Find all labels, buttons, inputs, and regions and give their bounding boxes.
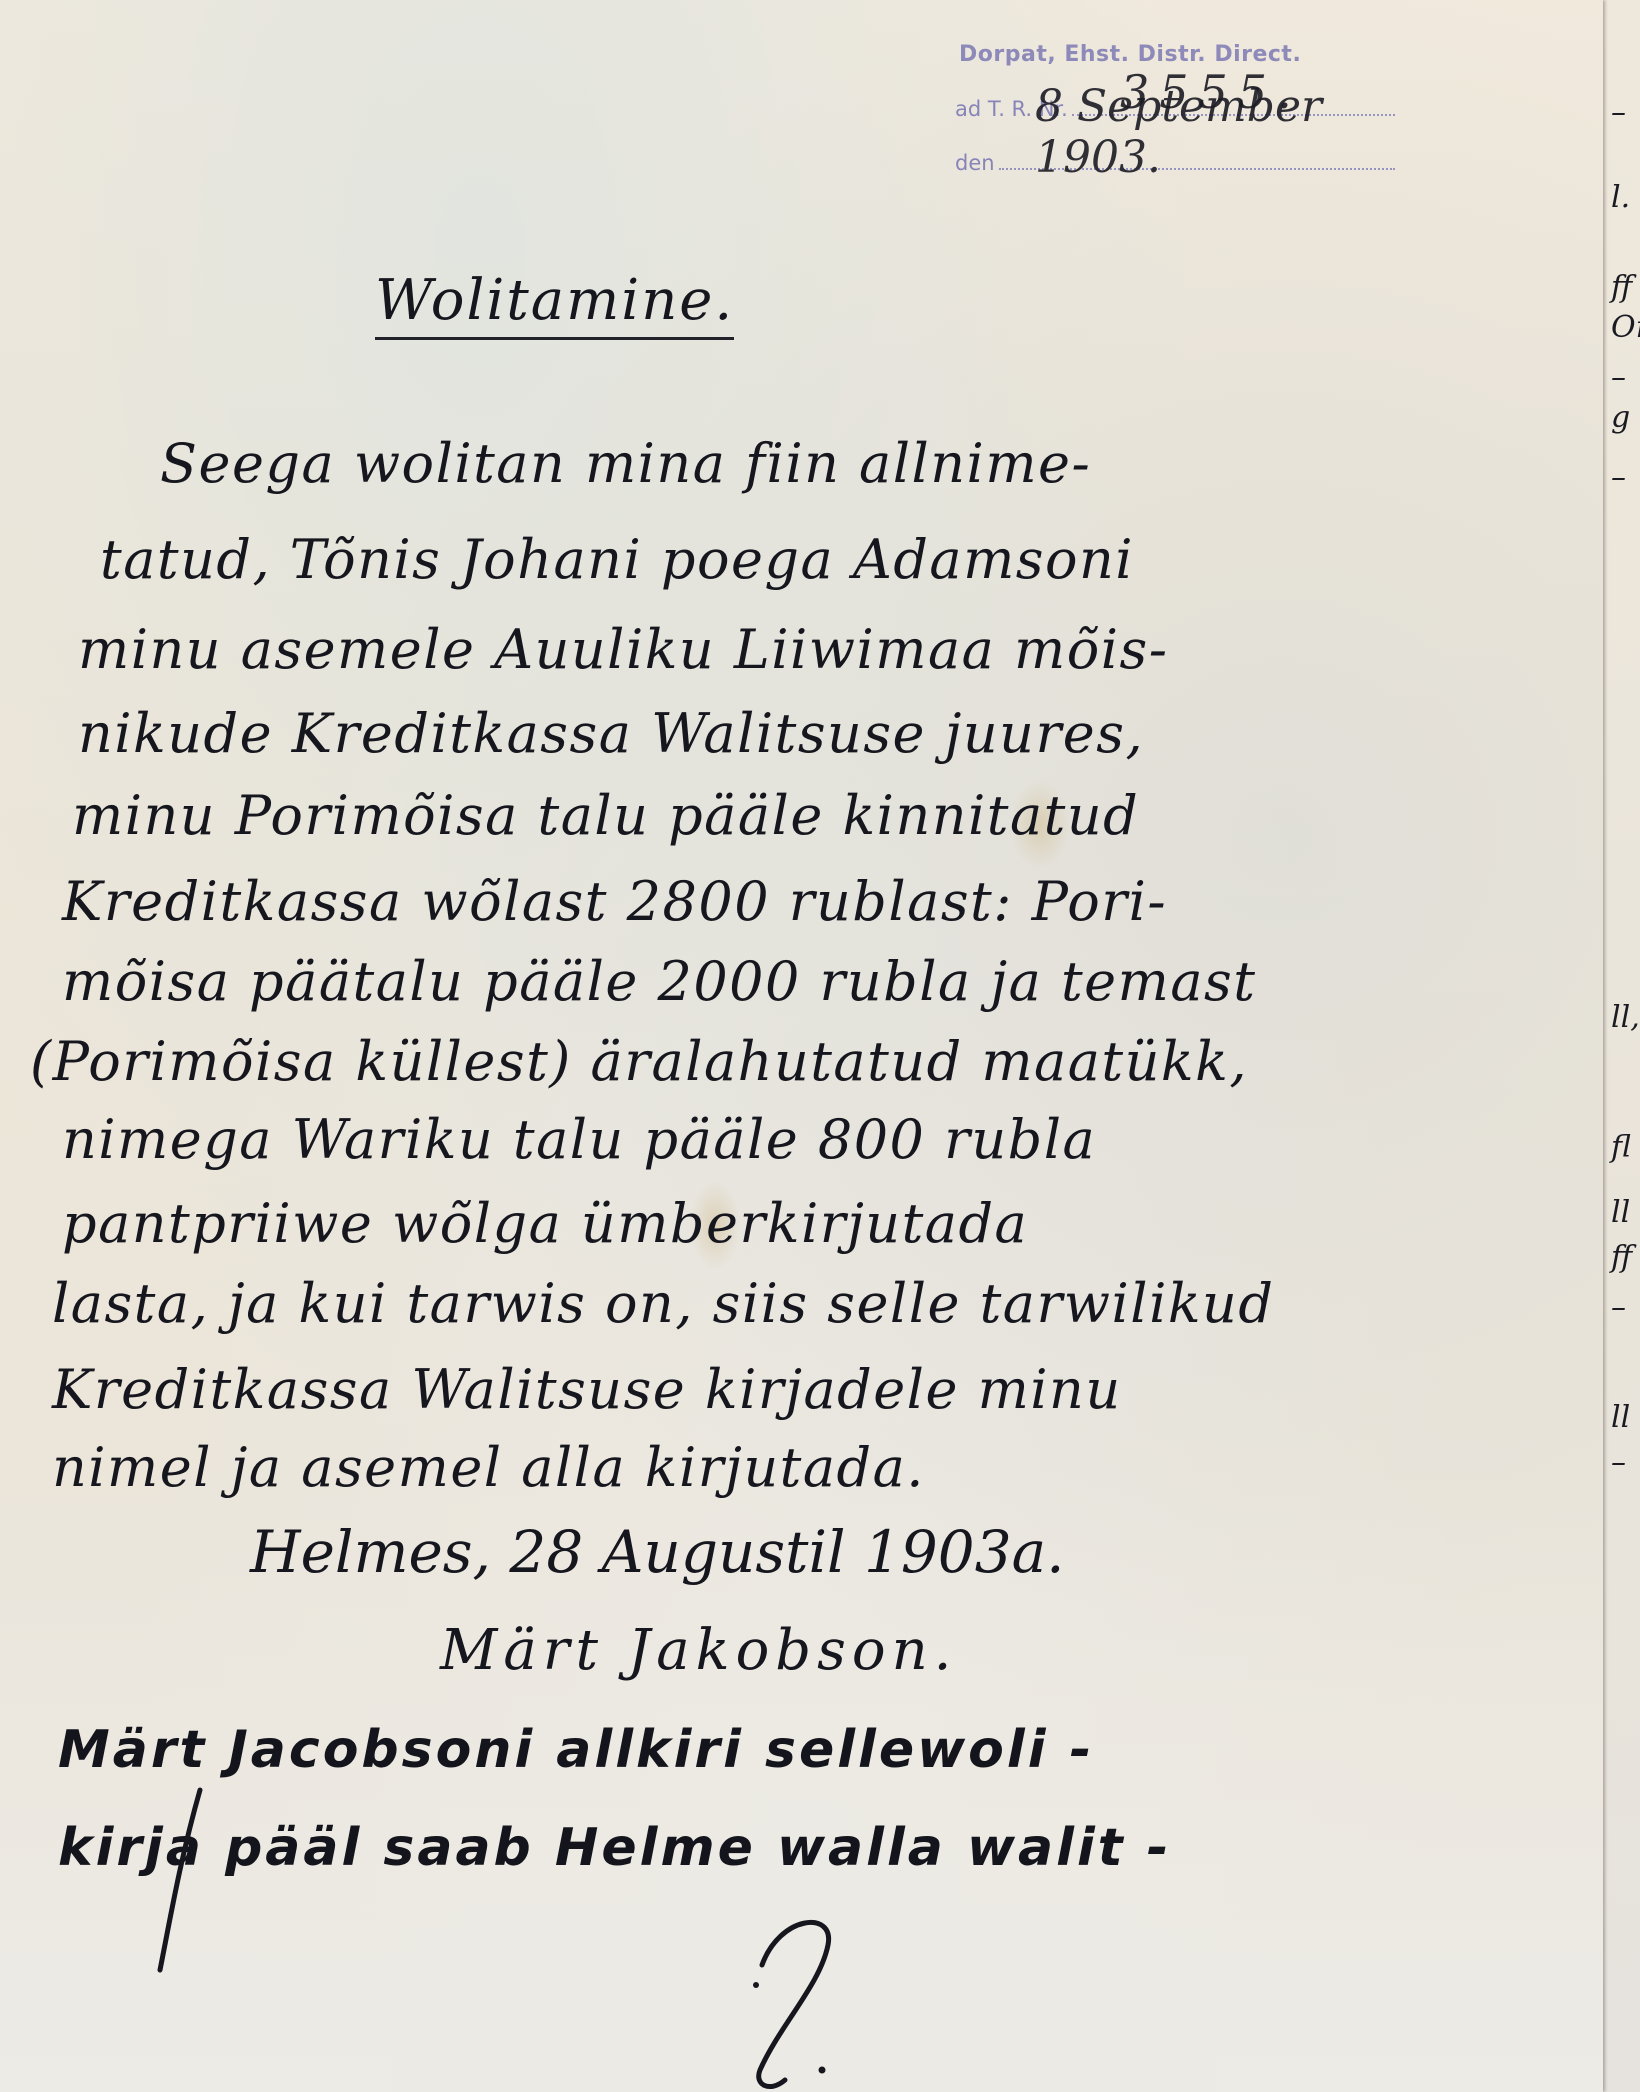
body-line: nimel ja asemel alla kirjutada.: [52, 1436, 925, 1499]
body-line: minu Porimõisa talu pääle kinnitatud: [72, 784, 1139, 847]
next-page-fragment: ll: [1611, 1195, 1630, 1230]
next-page-fragment: –: [1611, 460, 1626, 495]
next-page-fragment: ff: [1611, 1240, 1632, 1275]
body-line: Kreditkassa Walitsuse kirjadele minu: [52, 1358, 1122, 1421]
place-and-date: Helmes, 28 Augustil 1903a.: [250, 1518, 1065, 1586]
registry-stamp: Dorpat, Ehst. Distr. Direct. ad T. R. Nr…: [955, 42, 1395, 175]
next-page-fragment: –: [1611, 1290, 1626, 1325]
next-page-fragment: Or: [1611, 310, 1640, 345]
body-line: tatud, Tõnis Johani poega Adamsoni: [100, 528, 1134, 591]
stamp-date-row: den 8 September 1903.: [955, 151, 1395, 175]
next-page-fragment: –: [1611, 360, 1626, 395]
document-page: Dorpat, Ehst. Distr. Direct. ad T. R. Nr…: [0, 0, 1603, 2092]
signature: Märt Jakobson.: [440, 1618, 957, 1683]
stamp-date-value: 8 September 1903.: [1035, 81, 1395, 183]
next-page-fragment: –: [1611, 95, 1626, 130]
next-page-fragment: ll,: [1611, 1000, 1640, 1035]
body-line: pantpriiwe wõlga ümberkirjutada: [62, 1192, 1028, 1255]
next-page-fragment: ff: [1611, 270, 1632, 305]
body-line: mõisa päätalu pääle 2000 rubla ja temast: [62, 950, 1256, 1013]
body-line: Kreditkassa wõlast 2800 rublast: Pori-: [62, 870, 1167, 933]
body-line: nikude Kreditkassa Walitsuse juures,: [78, 702, 1144, 765]
next-page-fragment: –: [1611, 1445, 1626, 1480]
pen-flourish-descender: [60, 1780, 320, 1980]
final-mark-glyph: [740, 1905, 880, 2092]
document-title: Wolitamine.: [375, 268, 734, 340]
adjacent-page-edge: – l. ff Or – g – ll, fl ll ff – ll –: [1603, 0, 1640, 2092]
body-line: nimega Wariku talu pääle 800 rubla: [62, 1108, 1096, 1171]
stamp-office: Dorpat, Ehst. Distr. Direct.: [959, 42, 1395, 67]
body-line: (Porimõisa küllest) äralahutatud maatükk…: [30, 1030, 1248, 1093]
next-page-fragment: l.: [1611, 180, 1630, 215]
next-page-fragment: ll: [1611, 1400, 1630, 1435]
body-line: Seega wolitan mina fiin allnime-: [160, 432, 1091, 495]
stamp-date-label: den: [955, 151, 995, 175]
body-line: lasta, ja kui tarwis on, siis selle tarw…: [52, 1272, 1274, 1335]
next-page-fragment: g: [1611, 400, 1630, 435]
next-page-fragment: fl: [1611, 1130, 1631, 1165]
certification-line: Märt Jacobsoni allkiri sellewoli -: [58, 1720, 1094, 1780]
body-line: minu asemele Auuliku Liiwimaa mõis-: [78, 618, 1168, 681]
